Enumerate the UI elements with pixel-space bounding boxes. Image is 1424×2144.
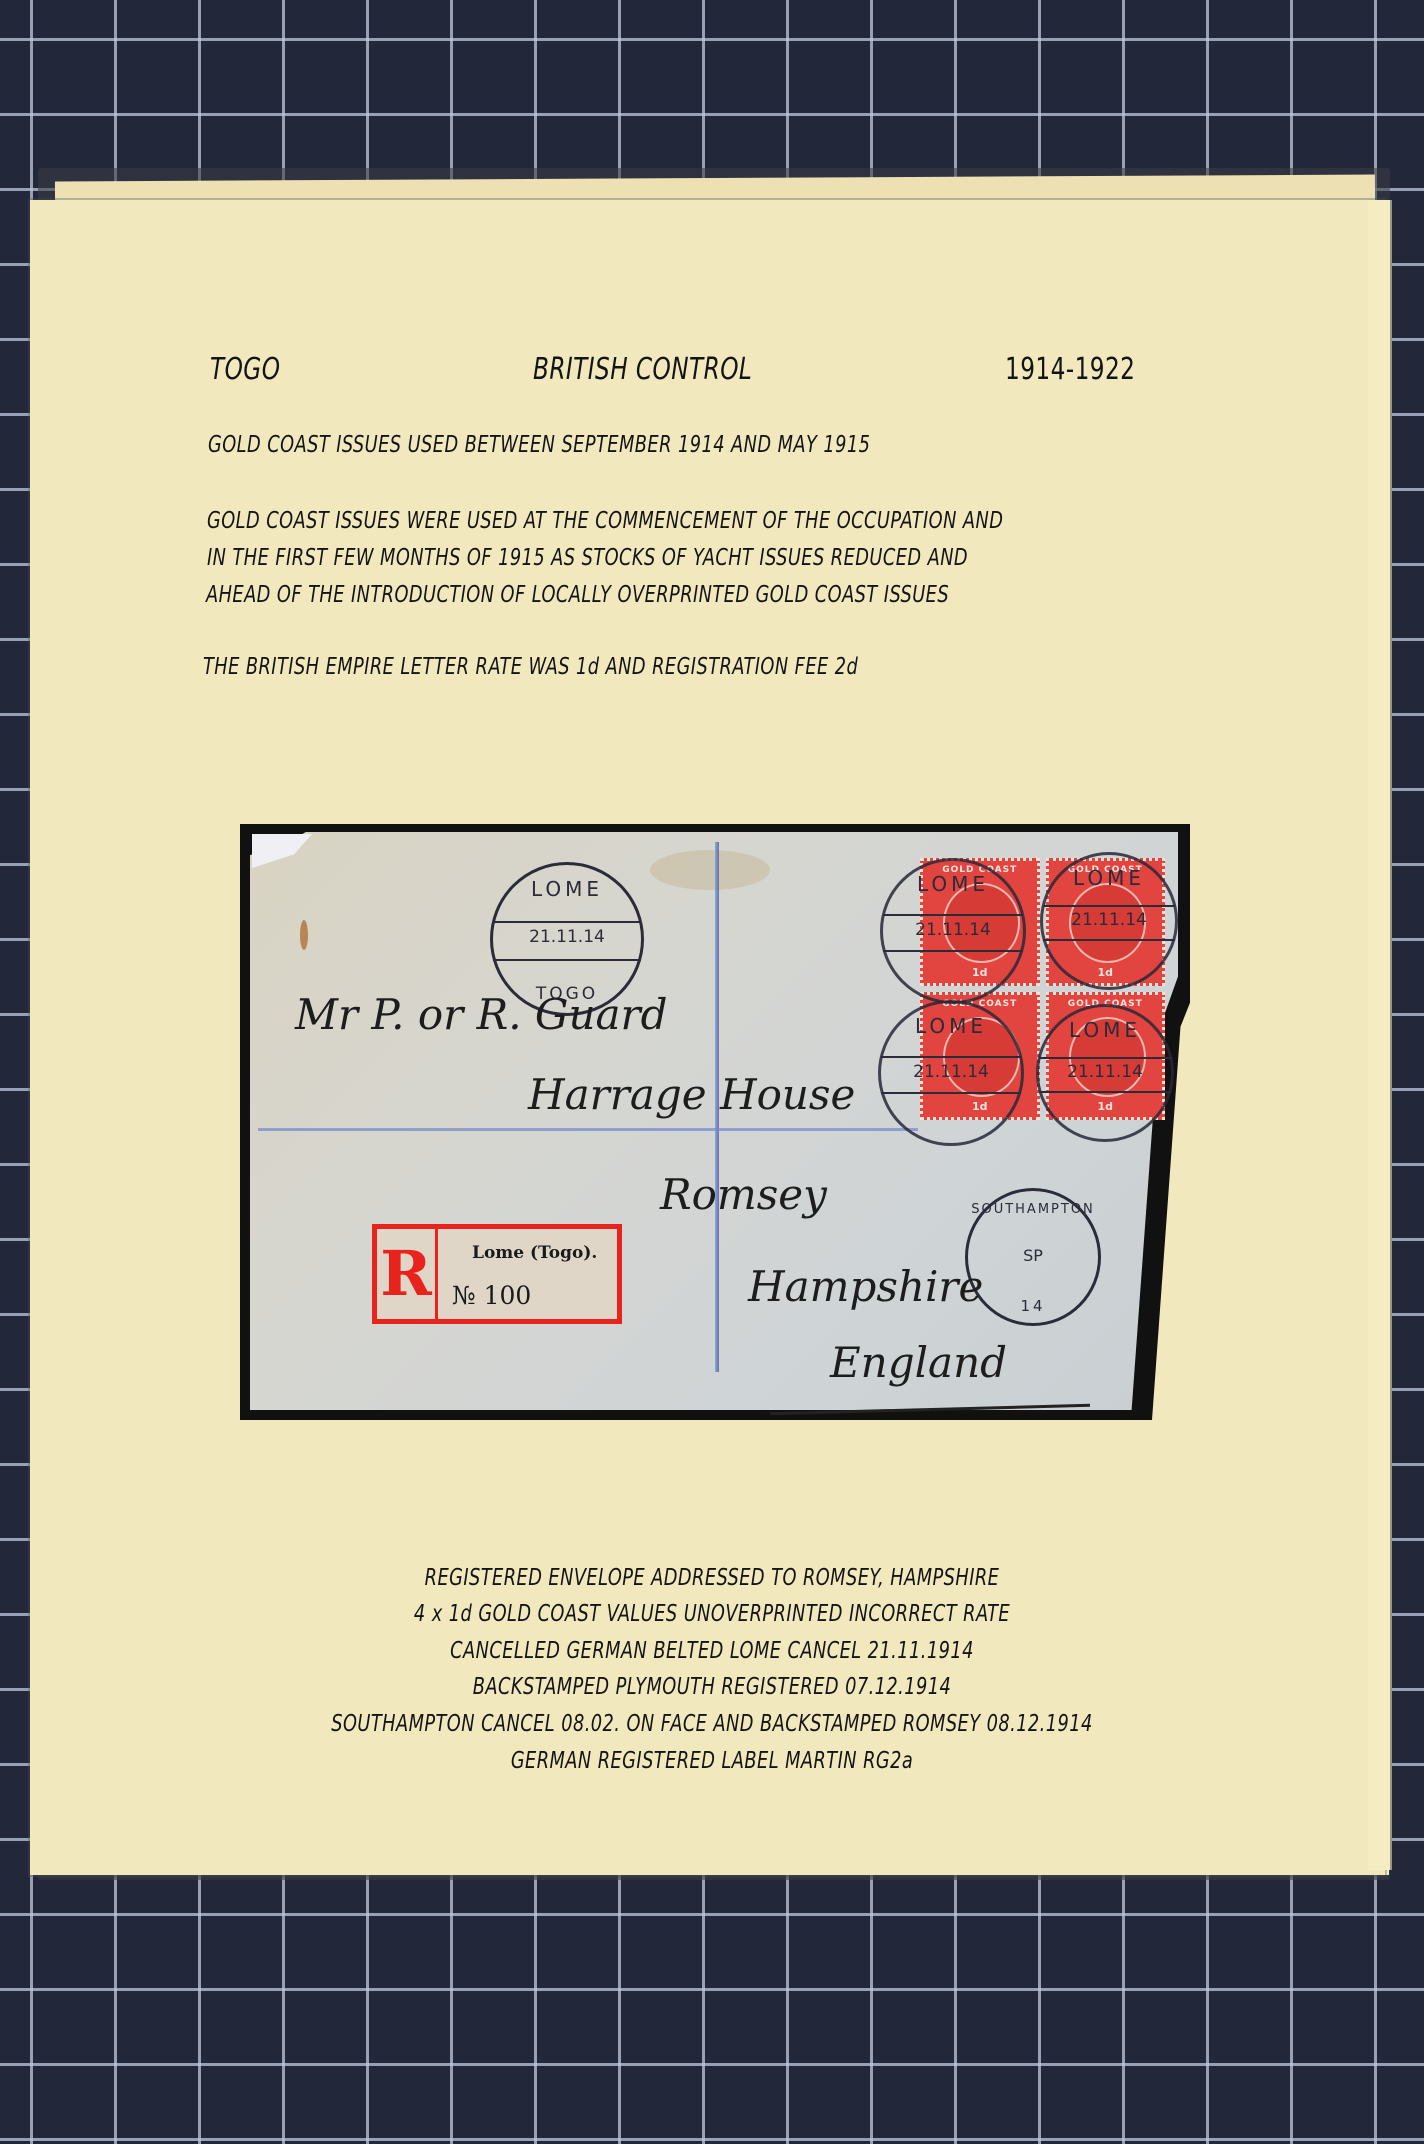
registered-r-mark: R	[377, 1229, 438, 1319]
postmark-date: 21.11.14	[493, 927, 641, 947]
stain	[300, 920, 308, 950]
registration-office: Lome (Togo).	[472, 1243, 597, 1263]
postmark-town: LOME	[493, 877, 641, 901]
intro-subtitle: GOLD COAST ISSUES USED BETWEEN SEPTEMBER…	[208, 432, 870, 458]
intro-line: AHEAD OF THE INTRODUCTION OF LOCALLY OVE…	[206, 582, 949, 608]
address-line: England	[830, 1338, 1007, 1387]
stain	[650, 850, 770, 890]
page-edge	[1368, 200, 1392, 1870]
address-line: Harrage House	[528, 1070, 855, 1119]
page-years: 1914-1922	[1005, 352, 1135, 387]
registration-crossline-horizontal	[258, 1128, 918, 1131]
intro-line: IN THE FIRST FEW MONTHS OF 1915 AS STOCK…	[207, 545, 968, 571]
intro-line: GOLD COAST ISSUES WERE USED AT THE COMME…	[207, 508, 1003, 534]
page-country: TOGO	[210, 352, 280, 387]
lome-stamp-cancel: LOME21.11.14	[878, 1000, 1024, 1146]
lome-stamp-cancel: LOME21.11.14	[880, 858, 1026, 1004]
caption-line: GERMAN REGISTERED LABEL MARTIN RG2a	[511, 1748, 913, 1774]
page-title: BRITISH CONTROL	[533, 352, 752, 387]
caption-line: CANCELLED GERMAN BELTED LOME CANCEL 21.1…	[450, 1638, 974, 1664]
caption-line: 4 x 1d GOLD COAST VALUES UNOVERPRINTED I…	[414, 1601, 1010, 1627]
rate-note: THE BRITISH EMPIRE LETTER RATE WAS 1d AN…	[203, 654, 858, 680]
lome-stamp-cancel: LOME21.11.14	[1036, 1004, 1174, 1142]
registration-label: R Lome (Togo). № 100	[372, 1224, 622, 1324]
caption-line: SOUTHAMPTON CANCEL 08.02. ON FACE AND BA…	[331, 1711, 1093, 1737]
southampton-postmark: SOUTHAMPTON SP 14	[965, 1188, 1101, 1326]
caption-line: REGISTERED ENVELOPE ADDRESSED TO ROMSEY,…	[425, 1565, 1000, 1591]
address-line: Mr P. or R. Guard	[295, 990, 668, 1039]
address-line: Hampshire	[748, 1262, 983, 1311]
registration-number: № 100	[452, 1281, 531, 1310]
address-line: Romsey	[660, 1170, 827, 1219]
lome-stamp-cancel: LOME21.11.14	[1040, 852, 1178, 990]
caption-line: BACKSTAMPED PLYMOUTH REGISTERED 07.12.19…	[473, 1674, 952, 1700]
